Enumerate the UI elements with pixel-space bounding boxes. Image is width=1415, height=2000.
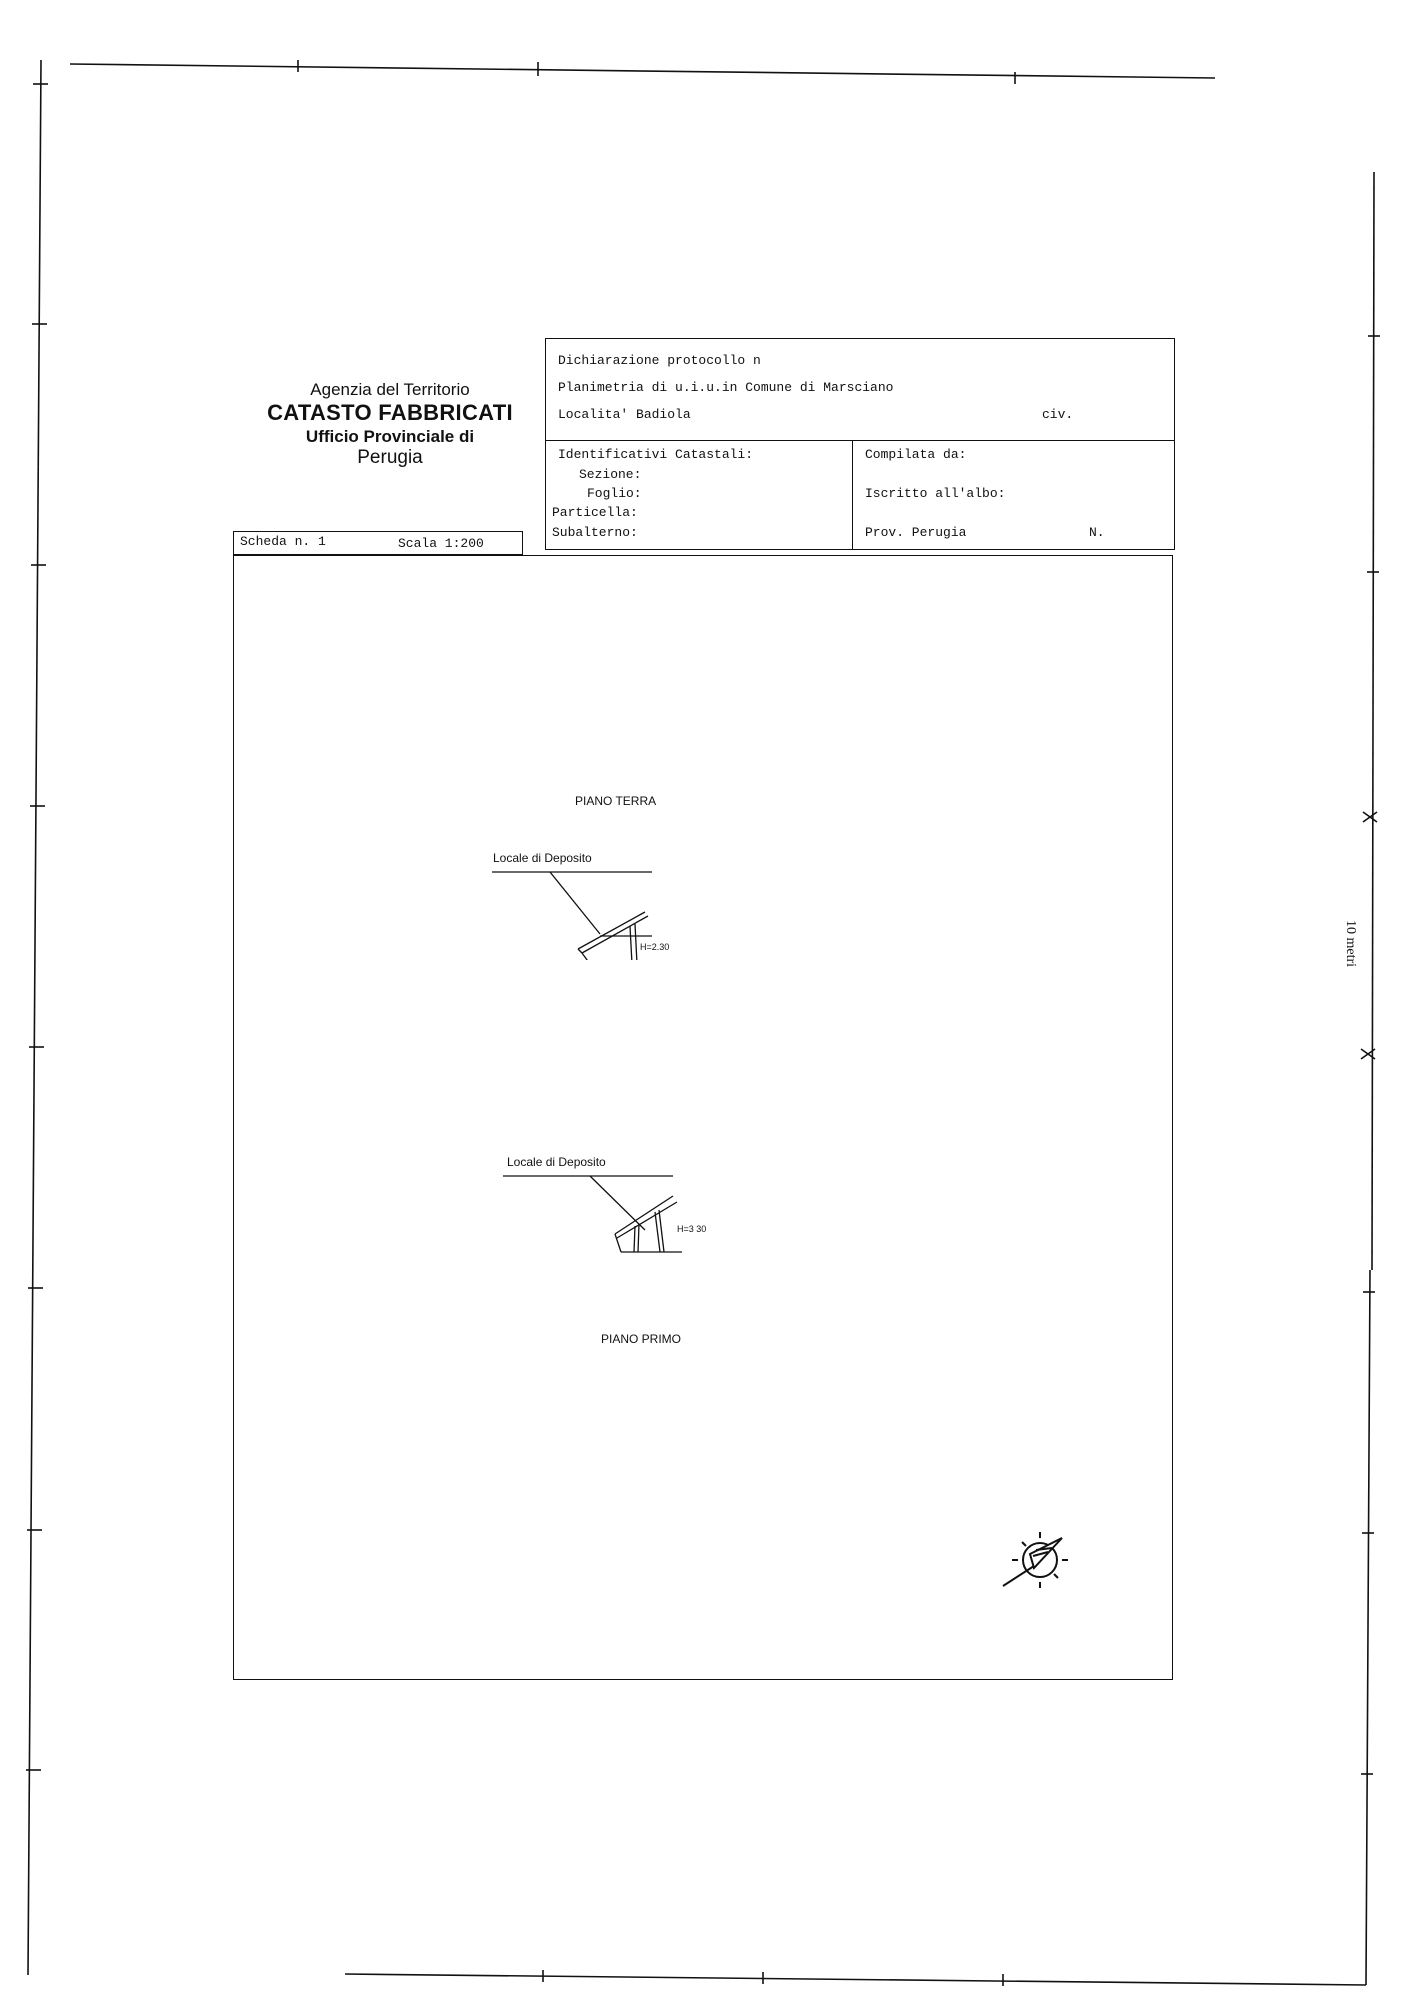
office-city: Perugia	[240, 447, 540, 470]
plan-municipality: Planimetria di u.i.u.in Comune di Marsci…	[558, 380, 893, 395]
first-floor-plan-fragment: H=3 30	[495, 1168, 715, 1268]
declaration-header-box: Dichiarazione protocollo n Planimetria d…	[545, 338, 1175, 441]
first-floor-room-label: Locale di Deposito	[507, 1155, 606, 1169]
subunit-field: Subalterno:	[552, 525, 638, 540]
identifiers-box: Identificativi Catastali: Sezione: Fogli…	[545, 441, 1175, 550]
sheet-field: Foglio:	[587, 486, 642, 501]
agency-block: Agenzia del Territorio CATASTO FABBRICAT…	[240, 380, 540, 470]
ground-floor-plan-fragment: H=2.30	[480, 860, 680, 960]
scale-bar-label: 10 metri	[1342, 920, 1358, 967]
compiled-by-field: Compilata da:	[865, 447, 966, 462]
registered-field: Iscritto all'albo:	[865, 486, 1005, 501]
ground-floor-height: H=2.30	[640, 942, 669, 952]
first-floor-label: PIANO PRIMO	[601, 1332, 681, 1346]
floor-plan-area	[233, 555, 1173, 1680]
cadastral-identifiers: Identificativi Catastali: Sezione: Fogli…	[546, 441, 853, 549]
protocol-number: Dichiarazione protocollo n	[558, 353, 761, 368]
ground-floor-label: PIANO TERRA	[575, 794, 656, 808]
sheet-info-box: Scheda n. 1 Scala 1:200	[233, 531, 523, 555]
parcel-field: Particella:	[552, 505, 638, 520]
agency-name: Agenzia del Territorio	[240, 380, 540, 400]
registration-number-field: N.	[1089, 525, 1105, 540]
province-field: Prov. Perugia	[865, 525, 966, 540]
first-floor-height: H=3 30	[677, 1224, 706, 1234]
section-field: Sezione:	[579, 467, 641, 482]
locality: Localita' Badiola	[558, 407, 691, 422]
scale-label: Scala 1:200	[398, 536, 484, 551]
street-number-label: civ.	[1042, 407, 1073, 422]
sheet-number: Scheda n. 1	[240, 534, 326, 549]
identifiers-title: Identificativi Catastali:	[558, 447, 753, 462]
compiler-info: Compilata da: Iscritto all'albo: Prov. P…	[853, 441, 1174, 549]
north-arrow-compass-icon	[1000, 1520, 1080, 1600]
office-label: Ufficio Provinciale di	[240, 427, 540, 447]
registry-title: CATASTO FABBRICATI	[240, 400, 540, 426]
